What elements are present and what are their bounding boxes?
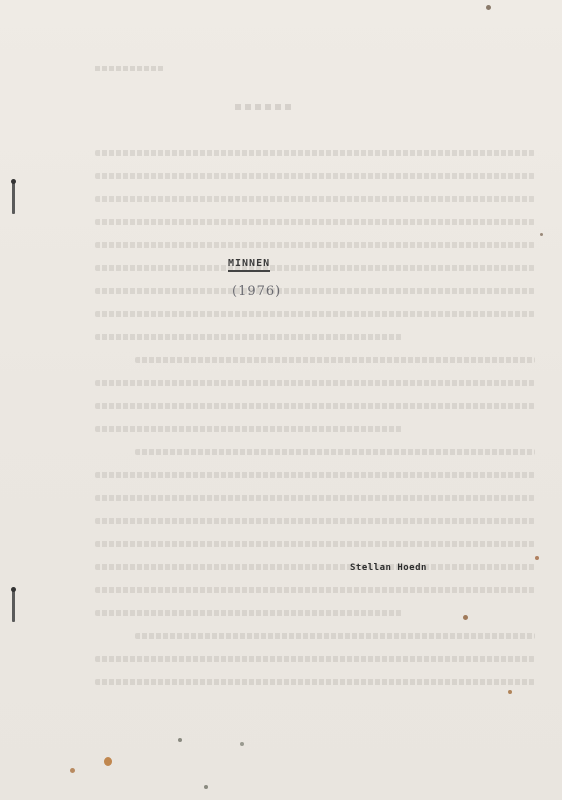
stain-spot bbox=[240, 742, 244, 746]
bleed-through-text bbox=[95, 150, 535, 702]
stain-spot bbox=[104, 757, 112, 766]
stain-spot bbox=[463, 615, 468, 620]
stain-spot bbox=[540, 233, 543, 236]
handwritten-year: (1976) bbox=[232, 284, 281, 299]
stain-spot bbox=[508, 690, 512, 694]
stain-spot bbox=[70, 768, 75, 773]
bleed-through-header bbox=[95, 66, 165, 71]
bleed-through-title bbox=[235, 104, 295, 110]
stain-spot bbox=[486, 5, 491, 10]
staple-mark-bottom bbox=[12, 590, 15, 622]
stain-spot bbox=[204, 785, 208, 789]
stain-spot bbox=[535, 556, 539, 560]
stain-spot bbox=[178, 738, 182, 742]
author-name: Stellan Hoedn bbox=[350, 563, 427, 573]
document-page: MINNEN (1976) Stellan Hoedn bbox=[0, 0, 562, 800]
staple-mark-top bbox=[12, 182, 15, 214]
document-title: MINNEN bbox=[228, 258, 270, 272]
